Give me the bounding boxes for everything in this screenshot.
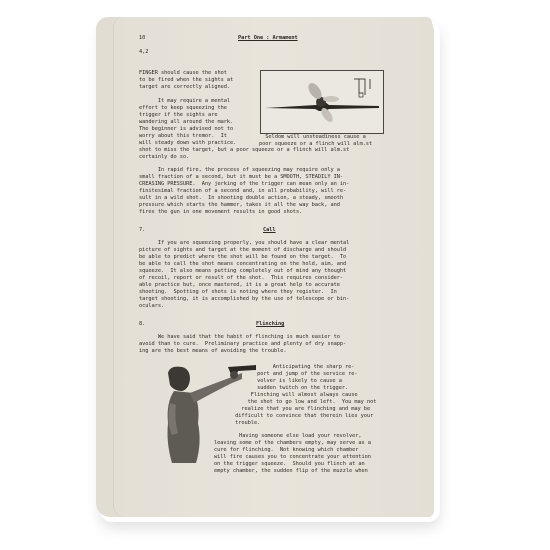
paragraph-reload-cure: Having someone else load your revolver, … (214, 433, 371, 475)
aircraft-icon (261, 71, 383, 133)
paragraph-call: If you are squeezing properly, you shoul… (139, 240, 349, 310)
paragraph-flinching-intro: We have said that the habit of flinching… (139, 334, 346, 355)
paragraph-mental-effort: It may require a mental effort to keep s… (139, 98, 236, 147)
aircraft-sight-figure (260, 70, 384, 134)
paragraph-rapid-fire: In rapid fire, the process of squeezing … (139, 167, 349, 216)
section-8-number: 8. (139, 321, 145, 328)
paragraph-anticipating: Anticipating the sharp re- port and jump… (210, 364, 376, 427)
paragraph-mental-effort-end: shot to miss the target, but a poor sque… (139, 147, 349, 161)
section-7-number: 7. (139, 227, 145, 234)
section-number: 4,2 (139, 49, 148, 56)
heading-call: Call (263, 227, 276, 234)
running-header: Part One : Armament (238, 35, 298, 42)
heading-flinching: Flinching (256, 321, 284, 328)
page-number: 10 (139, 35, 145, 42)
paragraph-finger: FINGER should cause the shot to be fired… (139, 70, 233, 91)
figure-caption: Seldom will unsteadiness cause a poor sq… (259, 134, 372, 148)
